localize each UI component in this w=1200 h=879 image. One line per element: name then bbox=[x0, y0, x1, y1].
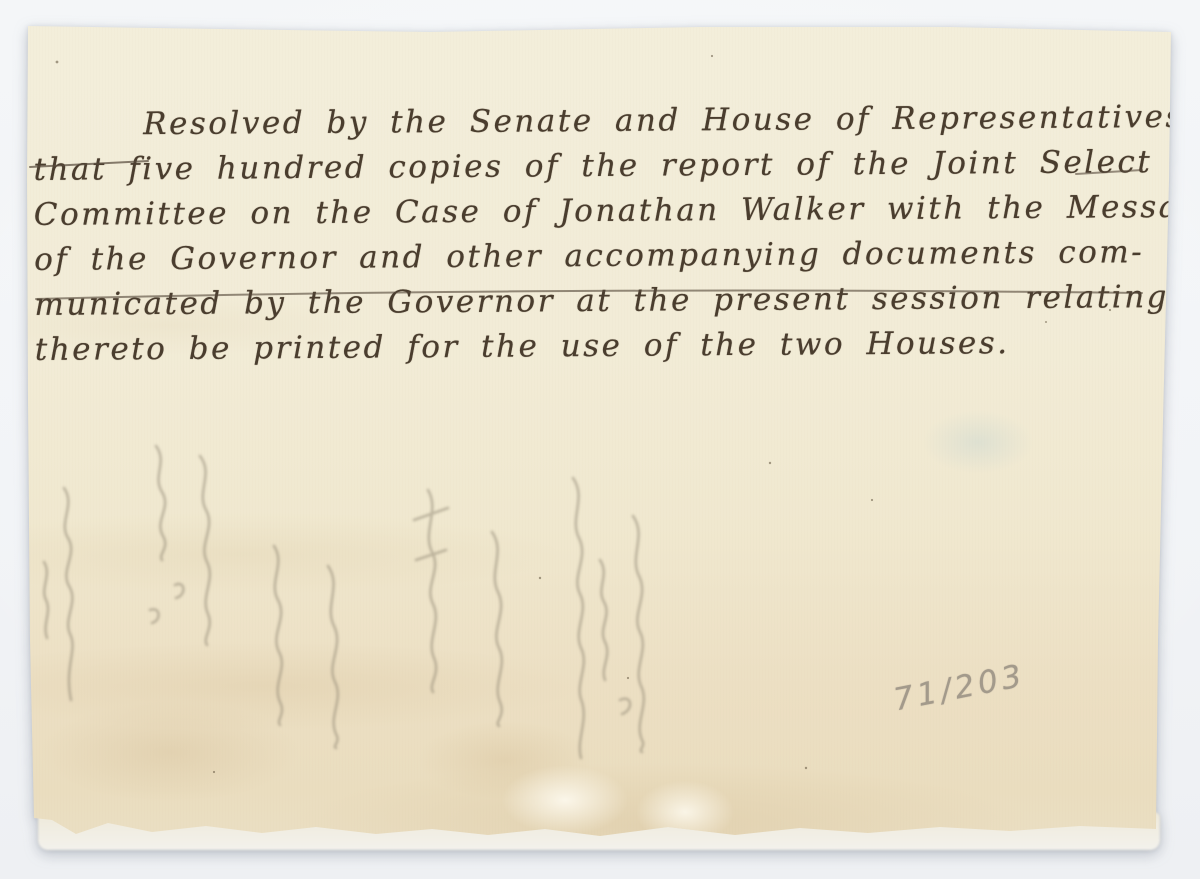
manuscript-paper: Resolved by the Senate and House of Repr… bbox=[0, 0, 1200, 879]
ink-flourish-strokes bbox=[0, 0, 1200, 879]
paper-shadow-wrap: Resolved by the Senate and House of Repr… bbox=[0, 0, 1200, 879]
scan-background: Resolved by the Senate and House of Repr… bbox=[0, 0, 1200, 879]
foxing-specks bbox=[56, 55, 1112, 773]
